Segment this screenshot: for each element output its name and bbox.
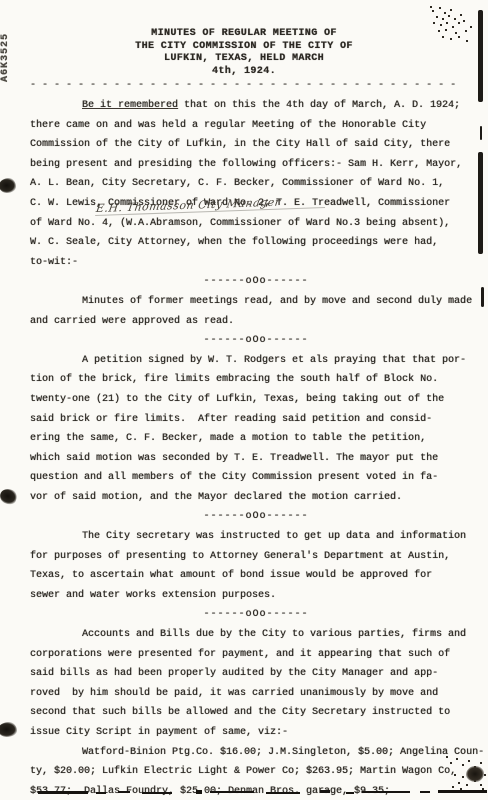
scan-edge-artifact [480,126,482,140]
header-line-4: 4th, 1924. [0,66,488,79]
ink-blot [0,486,19,507]
scan-edge-artifact [481,287,484,307]
opening-phrase: Be it remembered [82,100,178,111]
scan-bottom-line-segment [320,790,330,793]
scan-noise-speckle [430,6,432,8]
paragraph-accounts-bills: Accounts and Bills due by the City to va… [30,625,482,743]
header-line-1: MINUTES OF REGULAR MEETING OF [0,28,488,41]
header-line-3: LUFKIN, TEXAS, HELD MARCH [0,53,488,66]
scan-edge-artifact [478,10,483,102]
paragraph-opening: Be it remembered that on this the 4th da… [30,96,482,272]
header-line-2: THE CITY COMMISSION OF THE CITY OF [0,41,488,54]
meeting-header: MINUTES OF REGULAR MEETING OF THE CITY C… [0,28,488,78]
scan-bottom-line-segment [438,790,487,793]
scan-bottom-line-segment [142,792,172,794]
scan-bottom-line-segment [210,791,254,793]
section-divider: ------oOo------ [30,272,482,292]
ink-smudge [466,766,484,782]
opening-rest: that on this the 4th day of March, A. D.… [30,100,462,268]
dashed-rule: - - - - - - - - - - - - - - - - - - - - … [30,80,480,91]
scan-bottom-line-segment [362,791,410,793]
scan-bottom-line-segment [266,792,300,794]
ink-blot [0,178,16,193]
scan-bottom-line-segment [118,791,130,793]
scan-edge-artifact [478,152,483,254]
scan-noise-speckle [446,756,448,758]
paragraph-minutes-approved: Minutes of former meetings read, and by … [30,292,482,331]
section-divider: ------oOo------ [30,605,482,625]
scan-bottom-line-segment [196,790,202,794]
scan-bottom-line-segment [346,792,354,794]
scan-bottom-line-segment [420,791,430,793]
section-divider: ------oOo------ [30,331,482,351]
scan-bottom-line-segment [96,792,106,794]
scan-bottom-line-segment [38,791,88,794]
section-divider: ------oOo------ [30,507,482,527]
ink-blot [0,722,17,737]
paragraph-bond-issue: The City secretary was instructed to get… [30,527,482,605]
paragraph-petition: A petition signed by W. T. Rodgers et al… [30,351,482,508]
document-page: A6K3525 MINUTES OF REGULAR MEETING OF TH… [0,0,488,800]
